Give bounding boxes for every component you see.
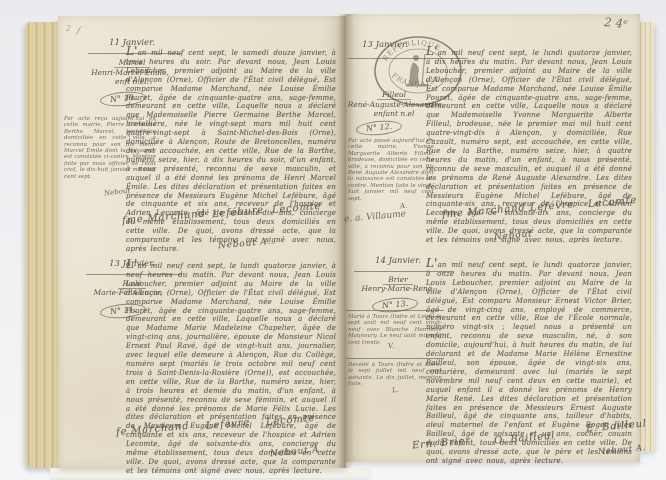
- corner-mark: 2: [66, 24, 71, 33]
- page-edge-stack-left: [26, 22, 58, 468]
- folio-number: 2 4ᵉ: [604, 15, 629, 31]
- right-page: 2 4ᵉ RÉPUBLIQUE FRANÇAISE: [346, 14, 640, 462]
- birth-act-text: L'an mil neuf cent sept, le lundi quator…: [126, 260, 336, 476]
- margin-rule: [88, 53, 182, 54]
- register-book: 2 11 Janvier. Marcel Henri-Marcel-Émile,…: [22, 12, 656, 470]
- svg-text:RÉPUBLIQUE: RÉPUBLIQUE: [381, 39, 442, 63]
- corner-tick-mark: [76, 26, 81, 34]
- record-number-badge: N° 12.: [356, 121, 402, 135]
- annotation-rule: [346, 358, 444, 359]
- marriage-annotation-paraph: V.: [388, 342, 395, 351]
- margin-rule: [354, 271, 454, 272]
- margin-child-tag: enfant n.el: [360, 109, 428, 118]
- annotation-rule: [346, 310, 444, 311]
- page-edge-stack-right: [638, 22, 654, 452]
- republique-francaise-stamp: RÉPUBLIQUE FRANÇAISE: [372, 34, 464, 108]
- left-page: 2 11 Janvier. Marcel Henri-Marcel-Émile,…: [58, 16, 346, 468]
- margin-rule: [348, 58, 468, 59]
- register-scan: 2 11 Janvier. Marcel Henri-Marcel-Émile,…: [0, 0, 666, 480]
- margin-surname: Brier: [370, 275, 426, 284]
- stamp-text-top: RÉPUBLIQUE: [381, 39, 442, 63]
- margin-rule: [86, 274, 182, 275]
- death-annotation-paraph: L.: [392, 386, 400, 395]
- side-signature-villaume: e. a. Villaume: [344, 209, 407, 224]
- margin-annotation: Par acte passé aujourd'hui en cette mair…: [348, 138, 434, 202]
